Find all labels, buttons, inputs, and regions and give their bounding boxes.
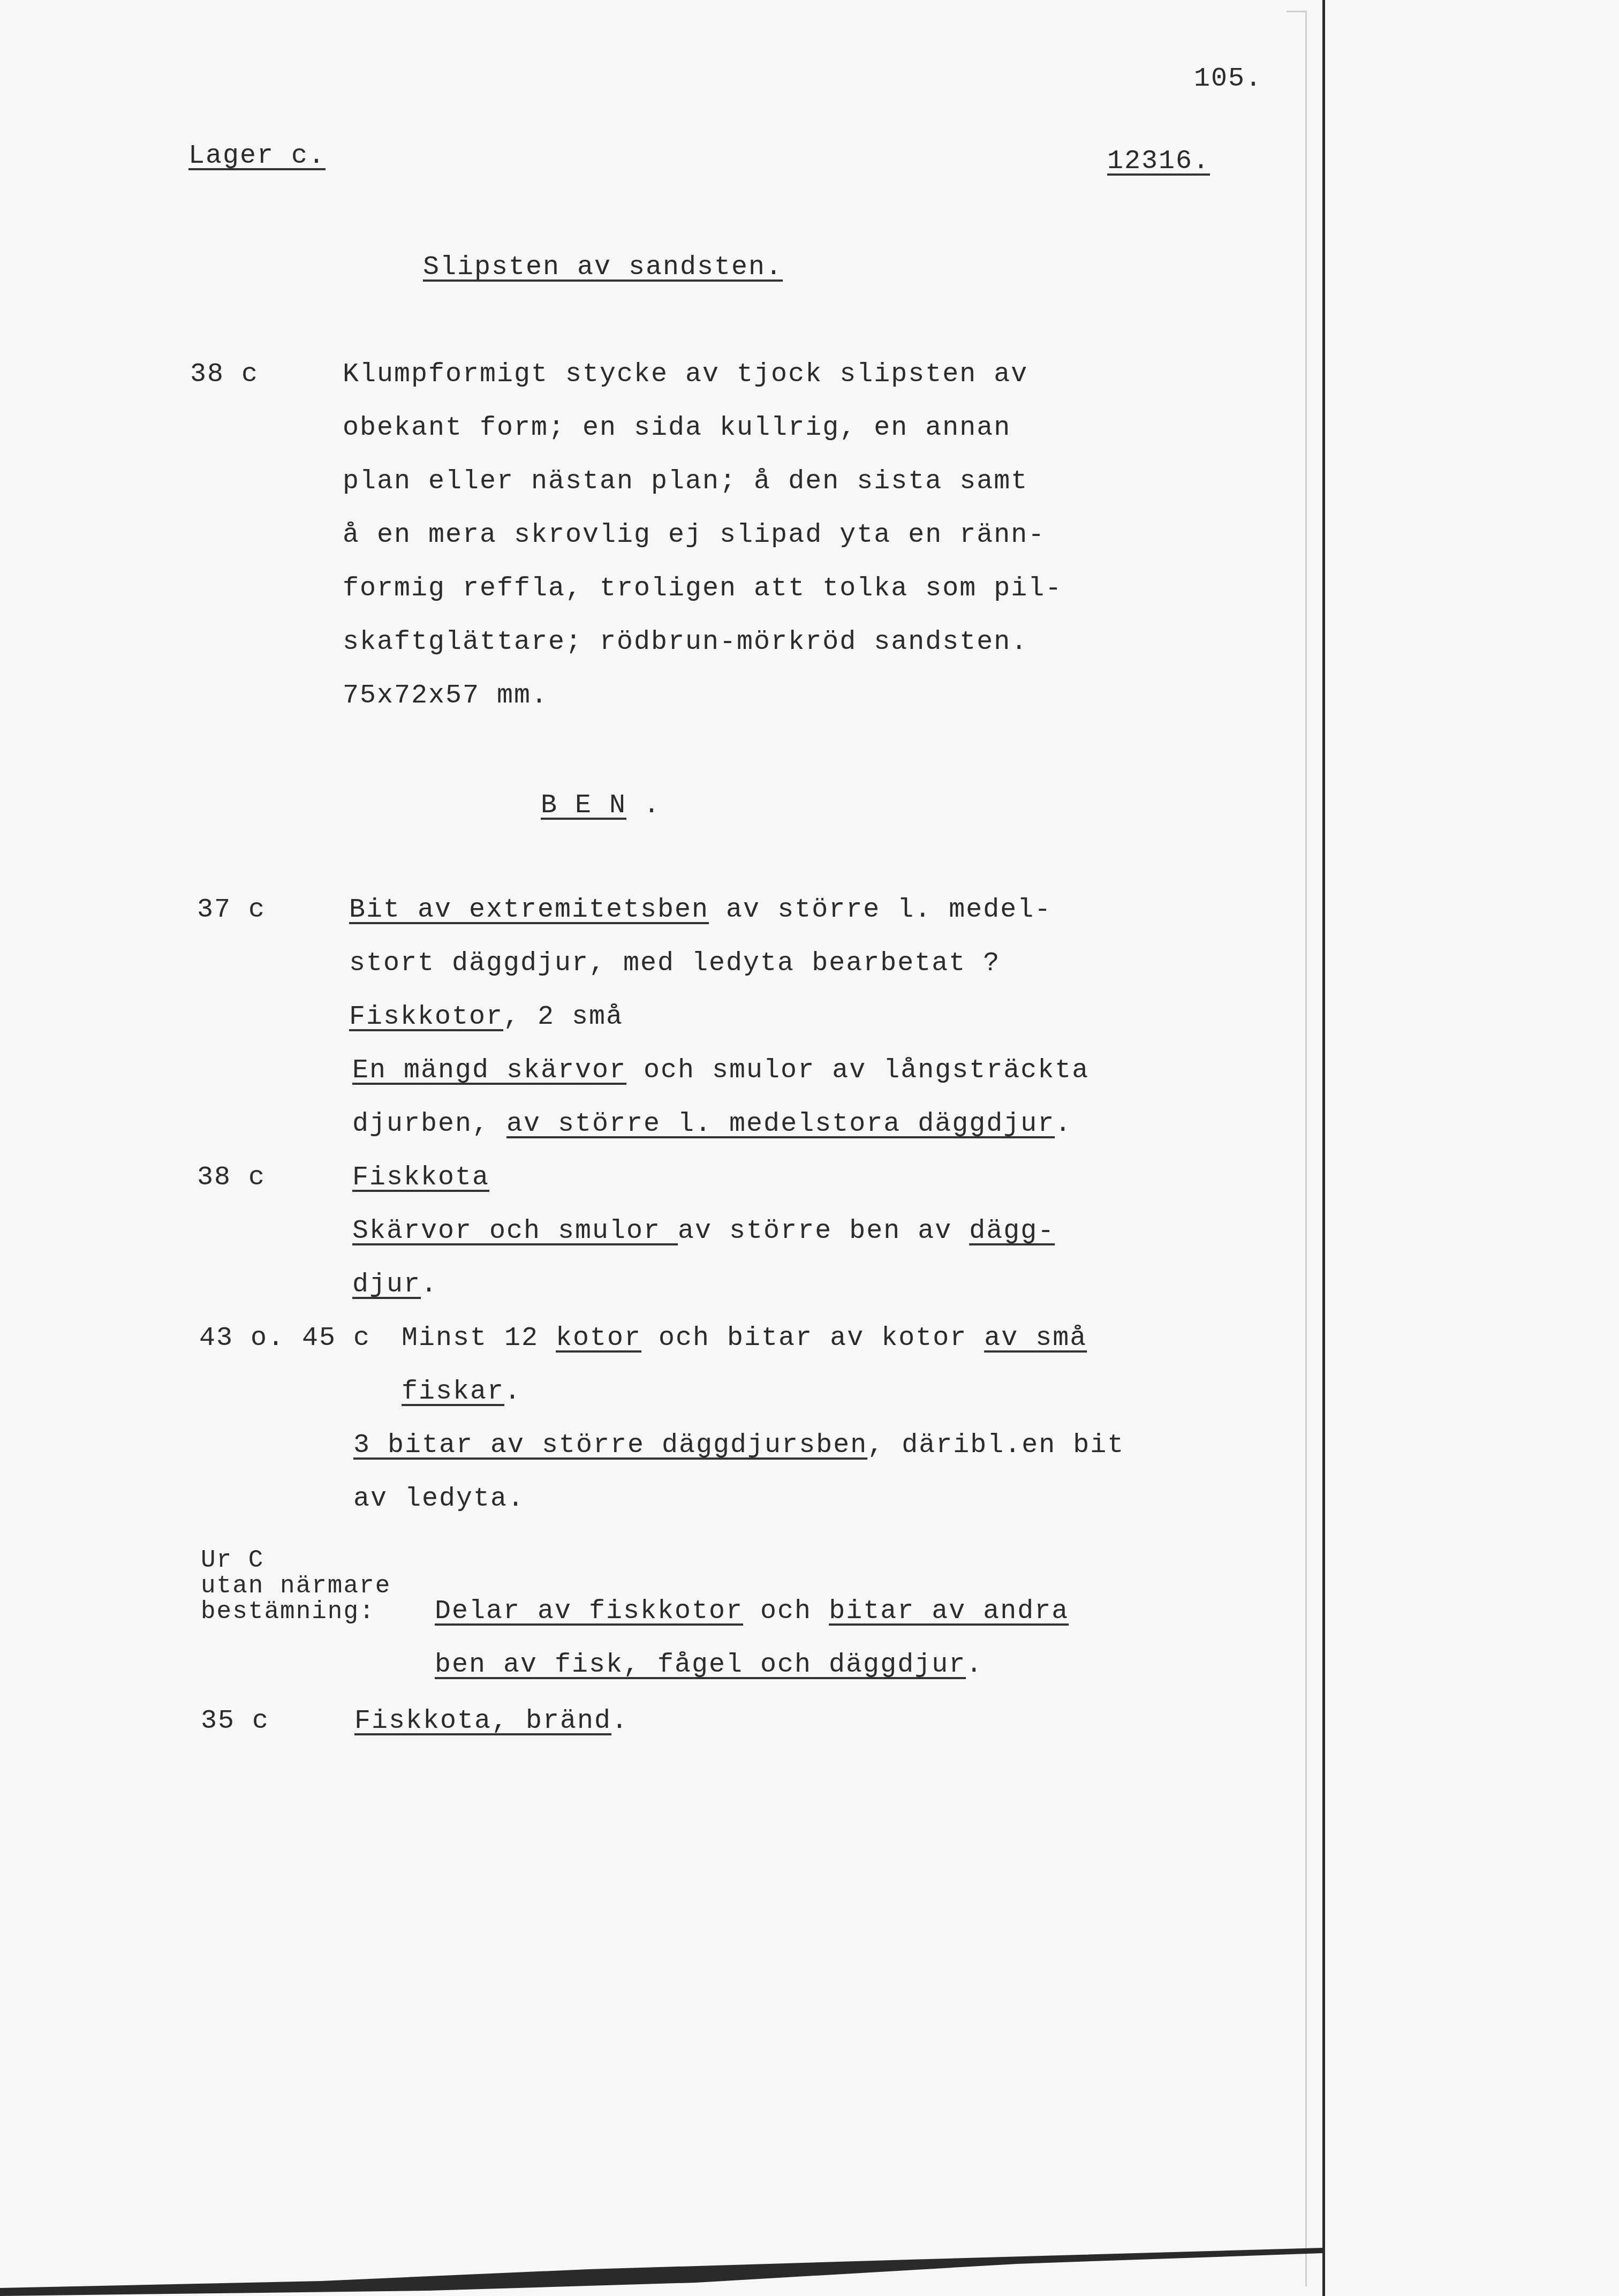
entry-line: Fiskkota	[352, 1162, 489, 1194]
scanned-document-page: 105. Lager c. 12316. Slipsten av sandste…	[0, 0, 1619, 2296]
plain-text: Minst 12	[402, 1323, 556, 1354]
entry-line: Fiskkotor, 2 små	[349, 1001, 623, 1033]
entry-line: skaftglättare; rödbrun-mörkröd sandsten.	[343, 626, 1028, 659]
entry-line: av ledyta.	[353, 1483, 525, 1515]
entry-line: ben av fisk, fågel och däggdjur.	[435, 1649, 983, 1681]
plain-text: .	[966, 1650, 983, 1680]
entry-line: obekant form; en sida kullrig, en annan	[343, 412, 1011, 444]
entry-ref: 37 c	[197, 894, 266, 926]
plain-text: .	[421, 1270, 438, 1300]
entry-line: Bit av extremitetsben av större l. medel…	[349, 894, 1051, 926]
plain-text: och	[743, 1596, 829, 1627]
entry-line: Delar av fiskkotor och bitar av andra	[435, 1596, 1069, 1628]
plain-text: stort däggdjur, med ledyta bearbetat ?	[349, 948, 1000, 979]
underlined-text: Fiskkotor	[349, 1002, 503, 1032]
underlined-text: djur	[352, 1270, 421, 1300]
underlined-text: bitar av andra	[829, 1596, 1069, 1627]
page-number: 105.	[1194, 63, 1262, 95]
plain-text: och smulor av långsträckta	[626, 1055, 1089, 1086]
underlined-text: Fiskkota	[352, 1162, 489, 1193]
entry-line: Minst 12 kotor och bitar av kotor av små	[402, 1323, 1087, 1355]
entry-line: En mängd skärvor och smulor av långsträc…	[352, 1055, 1089, 1087]
plain-text: .	[611, 1706, 629, 1736]
plain-text: , 2 små	[503, 1002, 623, 1032]
entry-line: å en mera skrovlig ej slipad yta en ränn…	[343, 519, 1045, 552]
underlined-text: Bit av extremitetsben	[349, 895, 709, 925]
plain-text: djurben,	[352, 1109, 506, 1139]
underlined-text: En mängd skärvor	[352, 1055, 626, 1086]
underlined-text: 3 bitar av större däggdjursben	[353, 1430, 867, 1461]
entry-ref: Ur C	[201, 1547, 264, 1573]
plain-text: .	[504, 1377, 521, 1407]
plain-text: och bitar av kotor	[641, 1323, 984, 1354]
page-corner-mark	[1287, 11, 1307, 12]
underlined-text: av små	[984, 1323, 1087, 1354]
entry-line: Skärvor och smulor av större ben av dägg…	[352, 1215, 1055, 1248]
bottom-page-shadow	[0, 2232, 1325, 2296]
plain-text: av större ben av	[678, 1216, 969, 1247]
entry-line: Fiskkota, bränd.	[354, 1705, 629, 1738]
plain-text: av ledyta.	[353, 1484, 525, 1514]
section-heading-ben: B E N .	[541, 790, 661, 822]
entry-line: djurben, av större l. medelstora däggdju…	[352, 1108, 1072, 1141]
underlined-text: av större l. medelstora däggdjur	[506, 1109, 1055, 1139]
underlined-text: kotor	[556, 1323, 641, 1354]
entry-line: djur.	[352, 1269, 438, 1301]
underlined-text: ben av fisk, fågel och däggdjur	[435, 1650, 966, 1680]
page-right-edge	[1322, 0, 1325, 2296]
plain-text: av större l. medel-	[709, 895, 1051, 925]
entry-ref: 38 c	[190, 359, 259, 391]
entry-ref: 38 c	[197, 1162, 266, 1194]
entry-line: Klumpformigt stycke av tjock slipsten av	[343, 359, 1028, 391]
underlined-text: Skärvor och smulor	[352, 1216, 678, 1247]
plain-text: .	[1055, 1109, 1072, 1139]
entry-line: fiskar.	[402, 1376, 521, 1408]
entry-line: formig reffla, troligen att tolka som pi…	[343, 573, 1062, 605]
entry-line: 3 bitar av större däggdjursben, däribl.e…	[353, 1430, 1124, 1462]
section-heading-slipsten: Slipsten av sandsten.	[423, 252, 783, 284]
entry-ref: 35 c	[201, 1705, 269, 1738]
entry-line: plan eller nästan plan; å den sista samt	[343, 466, 1028, 498]
section-heading-ben-suffix: .	[626, 790, 661, 821]
underlined-text: Delar av fiskkotor	[435, 1596, 743, 1627]
section-heading-ben-text: B E N	[541, 790, 626, 821]
layer-label: Lager c.	[188, 140, 326, 172]
entry-ref: 43 o. 45 c	[199, 1323, 370, 1355]
plain-text: , däribl.en bit	[867, 1430, 1124, 1461]
underlined-text: Fiskkota, bränd	[354, 1706, 611, 1736]
entry-line: 75x72x57 mm.	[343, 680, 548, 712]
underlined-text: dägg-	[969, 1216, 1055, 1247]
underlined-text: fiskar	[402, 1377, 504, 1407]
catalog-number: 12316.	[1107, 146, 1210, 178]
page-inner-edge	[1305, 11, 1307, 2286]
entry-ref: utan närmare	[201, 1573, 391, 1599]
entry-line: stort däggdjur, med ledyta bearbetat ?	[349, 948, 1000, 980]
entry-ref: bestämning:	[201, 1599, 375, 1625]
